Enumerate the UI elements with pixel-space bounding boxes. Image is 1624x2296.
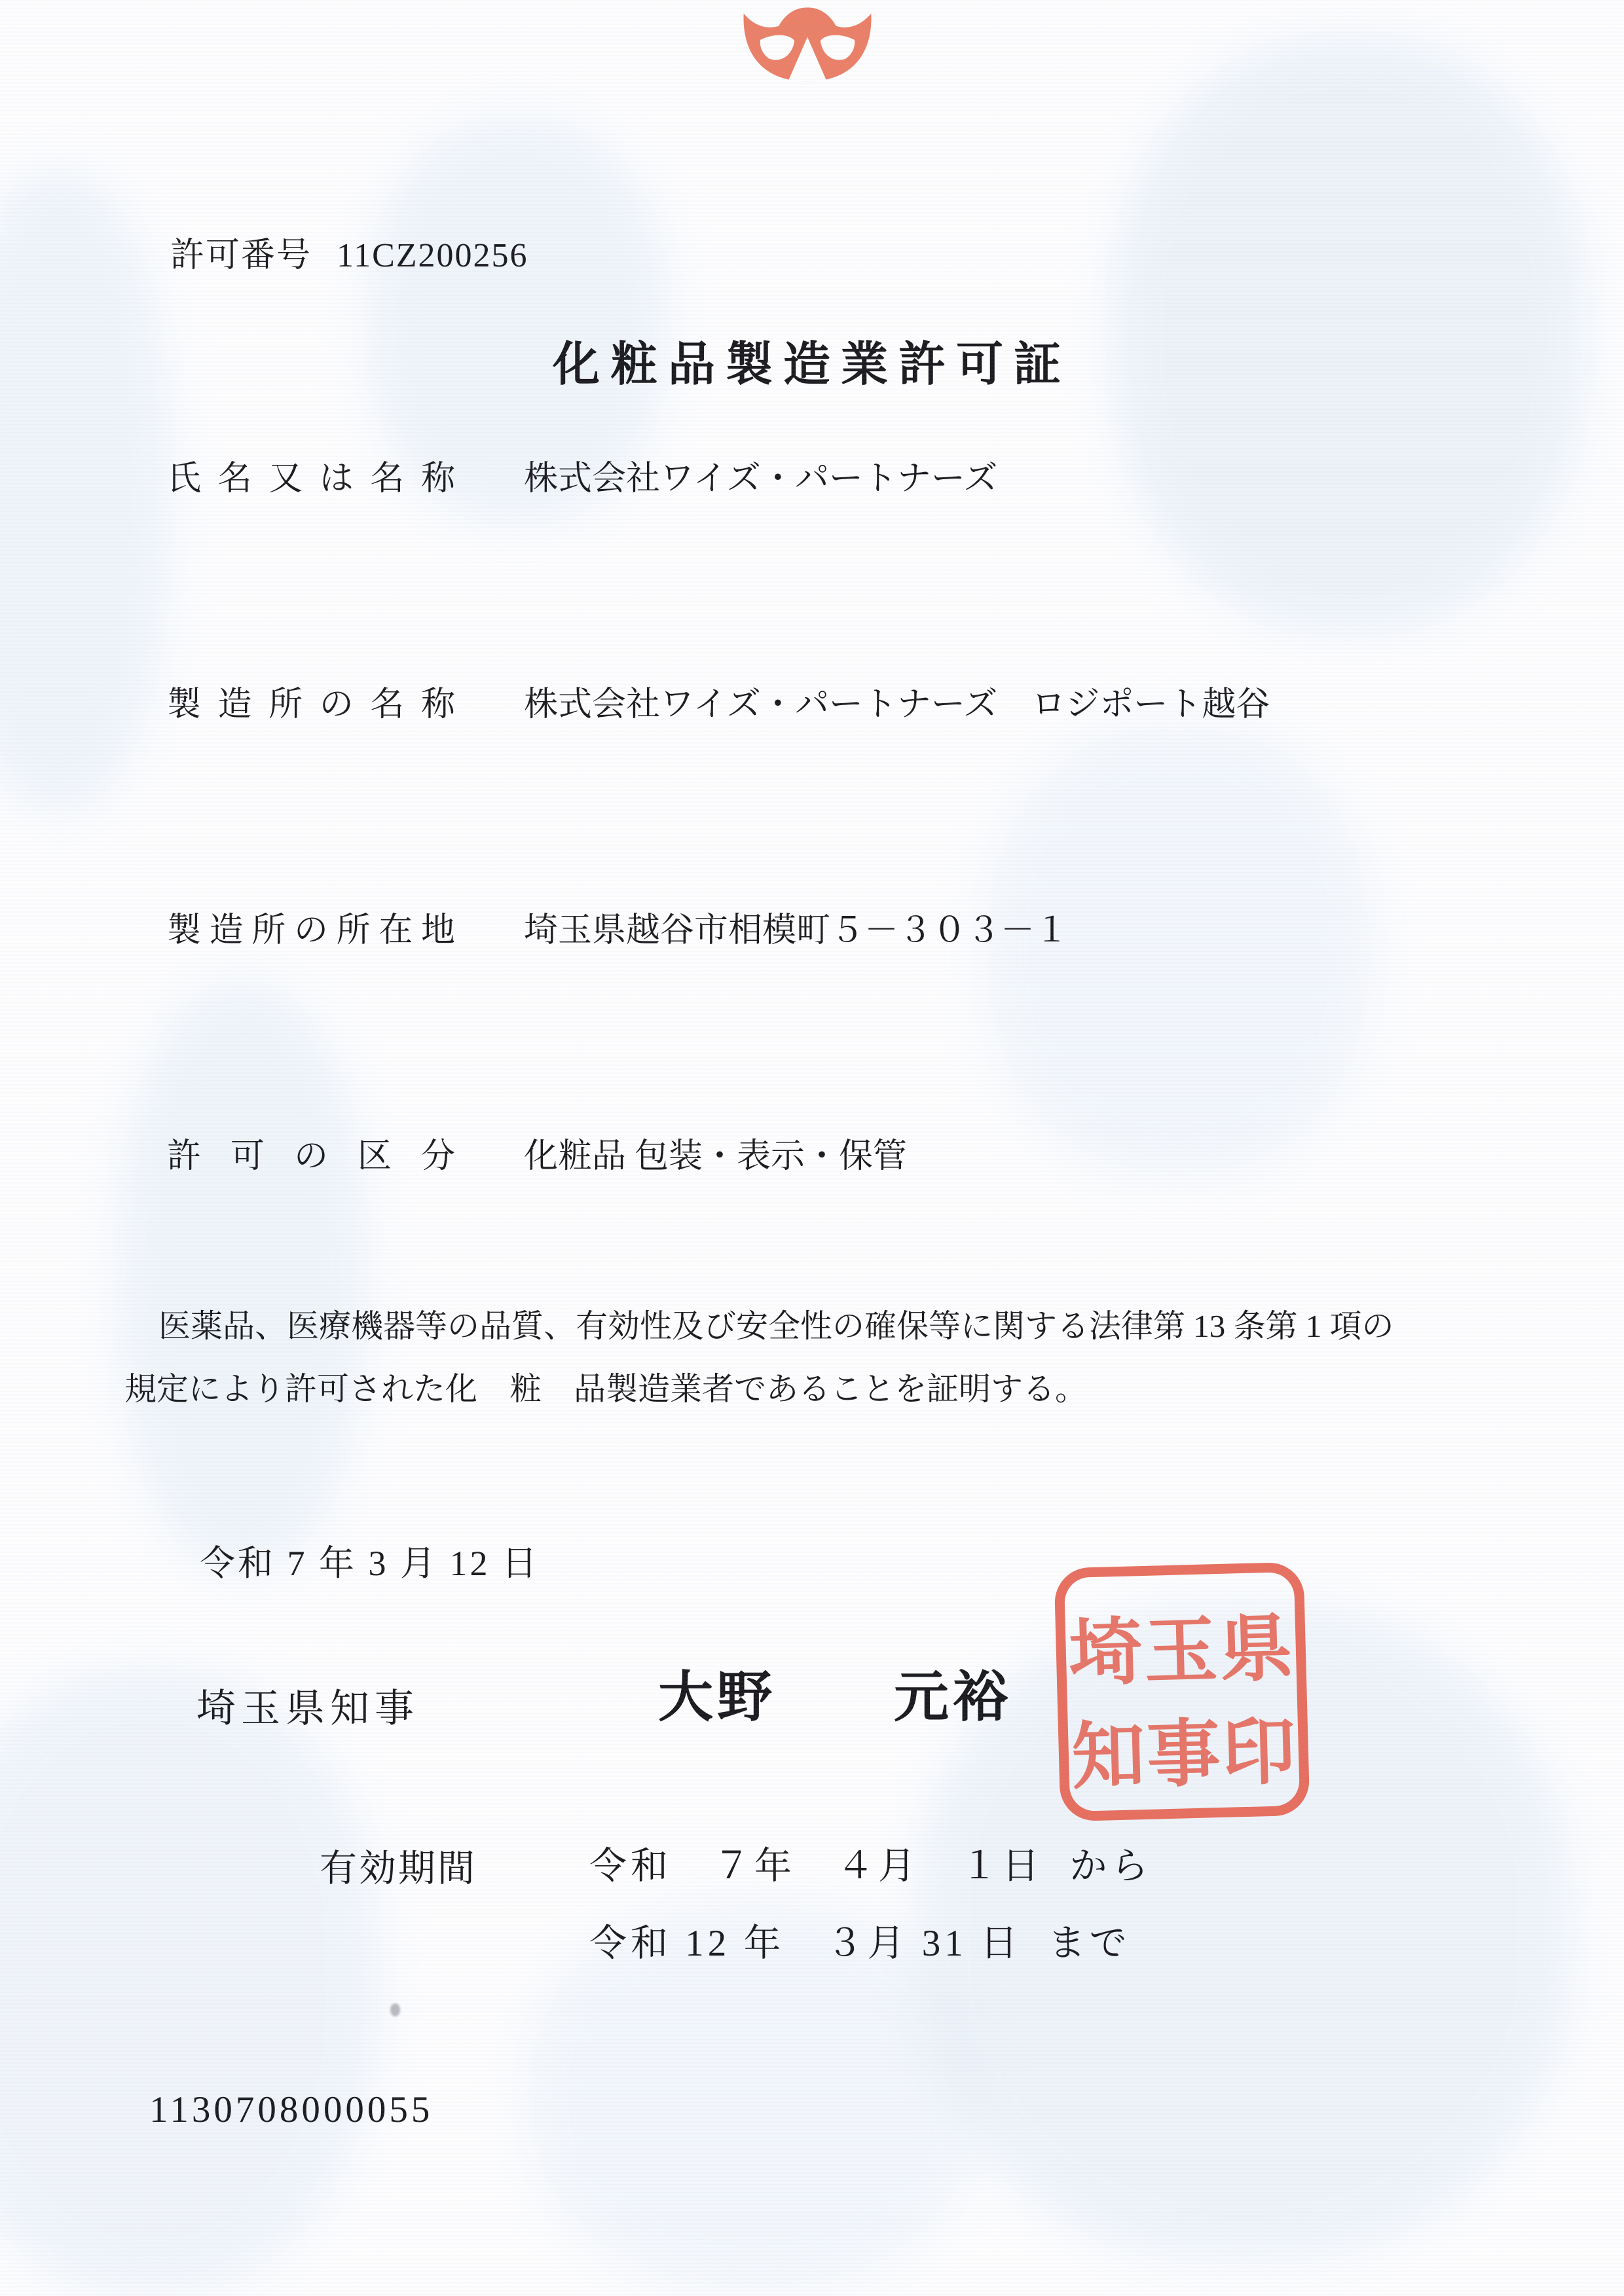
body-text-line-2: 規定により許可された化 粧 品製造業者であることを証明する。 xyxy=(124,1358,1532,1421)
prefecture-mark-icon xyxy=(737,0,877,85)
issue-date: 令和 7 年 3 月 12 日 xyxy=(200,1535,540,1586)
seal-char: 知 xyxy=(1071,1716,1146,1799)
field-label-factory-name: 製造所の名称 xyxy=(167,676,455,725)
permit-number-label: 許可番号 xyxy=(170,237,312,274)
field-value-name: 株式会社ワイズ・パートナーズ xyxy=(524,450,997,500)
field-label-factory-address: 製造所の所在地 xyxy=(167,902,455,951)
seal-char: 県 xyxy=(1219,1609,1294,1692)
license-certificate-page: 許可番号11CZ200256 化粧品製造業許可証 氏名又は名称 株式会社ワイズ・… xyxy=(0,0,1624,2296)
issuer-title: 埼玉県知事 xyxy=(196,1677,419,1734)
governor-seal-icon: 埼 玉 県 知 事 印 xyxy=(1052,1560,1312,1823)
field-value-factory-name: 株式会社ワイズ・パートナーズ ロジポート越谷 xyxy=(524,676,1270,725)
validity-to: 令和 12 年 ３月 31 日 まで xyxy=(589,1913,1131,1967)
validity-label: 有効期間 xyxy=(320,1838,477,1892)
certificate-title: 化粧品製造業許可証 xyxy=(0,326,1624,394)
field-value-permit-category: 化粧品 包装・表示・保管 xyxy=(524,1128,907,1177)
field-label-permit-category: 許可の区分 xyxy=(167,1128,455,1177)
field-value-factory-address: 埼玉県越谷市相模町５－３０３－１ xyxy=(524,902,1069,951)
issuer-name: 大野 元裕 xyxy=(658,1653,1012,1732)
seal-char: 埼 xyxy=(1068,1613,1143,1696)
seal-char: 事 xyxy=(1146,1714,1221,1797)
body-text-line-1: 医薬品、医療機器等の品質、有効性及び安全性の確保等に関する法律第 13 条第 1… xyxy=(124,1295,1532,1358)
permit-number-row: 許可番号11CZ200256 xyxy=(131,189,528,315)
field-label-name: 氏名又は名称 xyxy=(167,450,455,500)
seal-char: 玉 xyxy=(1143,1611,1219,1694)
validity-from: 令和 ７年 ４月 １日 から xyxy=(589,1836,1153,1889)
permit-number-value: 11CZ200256 xyxy=(337,237,528,274)
scan-speck xyxy=(390,2003,400,2016)
seal-char: 印 xyxy=(1221,1712,1297,1795)
watermark-blob xyxy=(118,982,367,1571)
document-number: 1130708000055 xyxy=(149,2088,433,2131)
watermark-blob xyxy=(0,1669,380,2291)
